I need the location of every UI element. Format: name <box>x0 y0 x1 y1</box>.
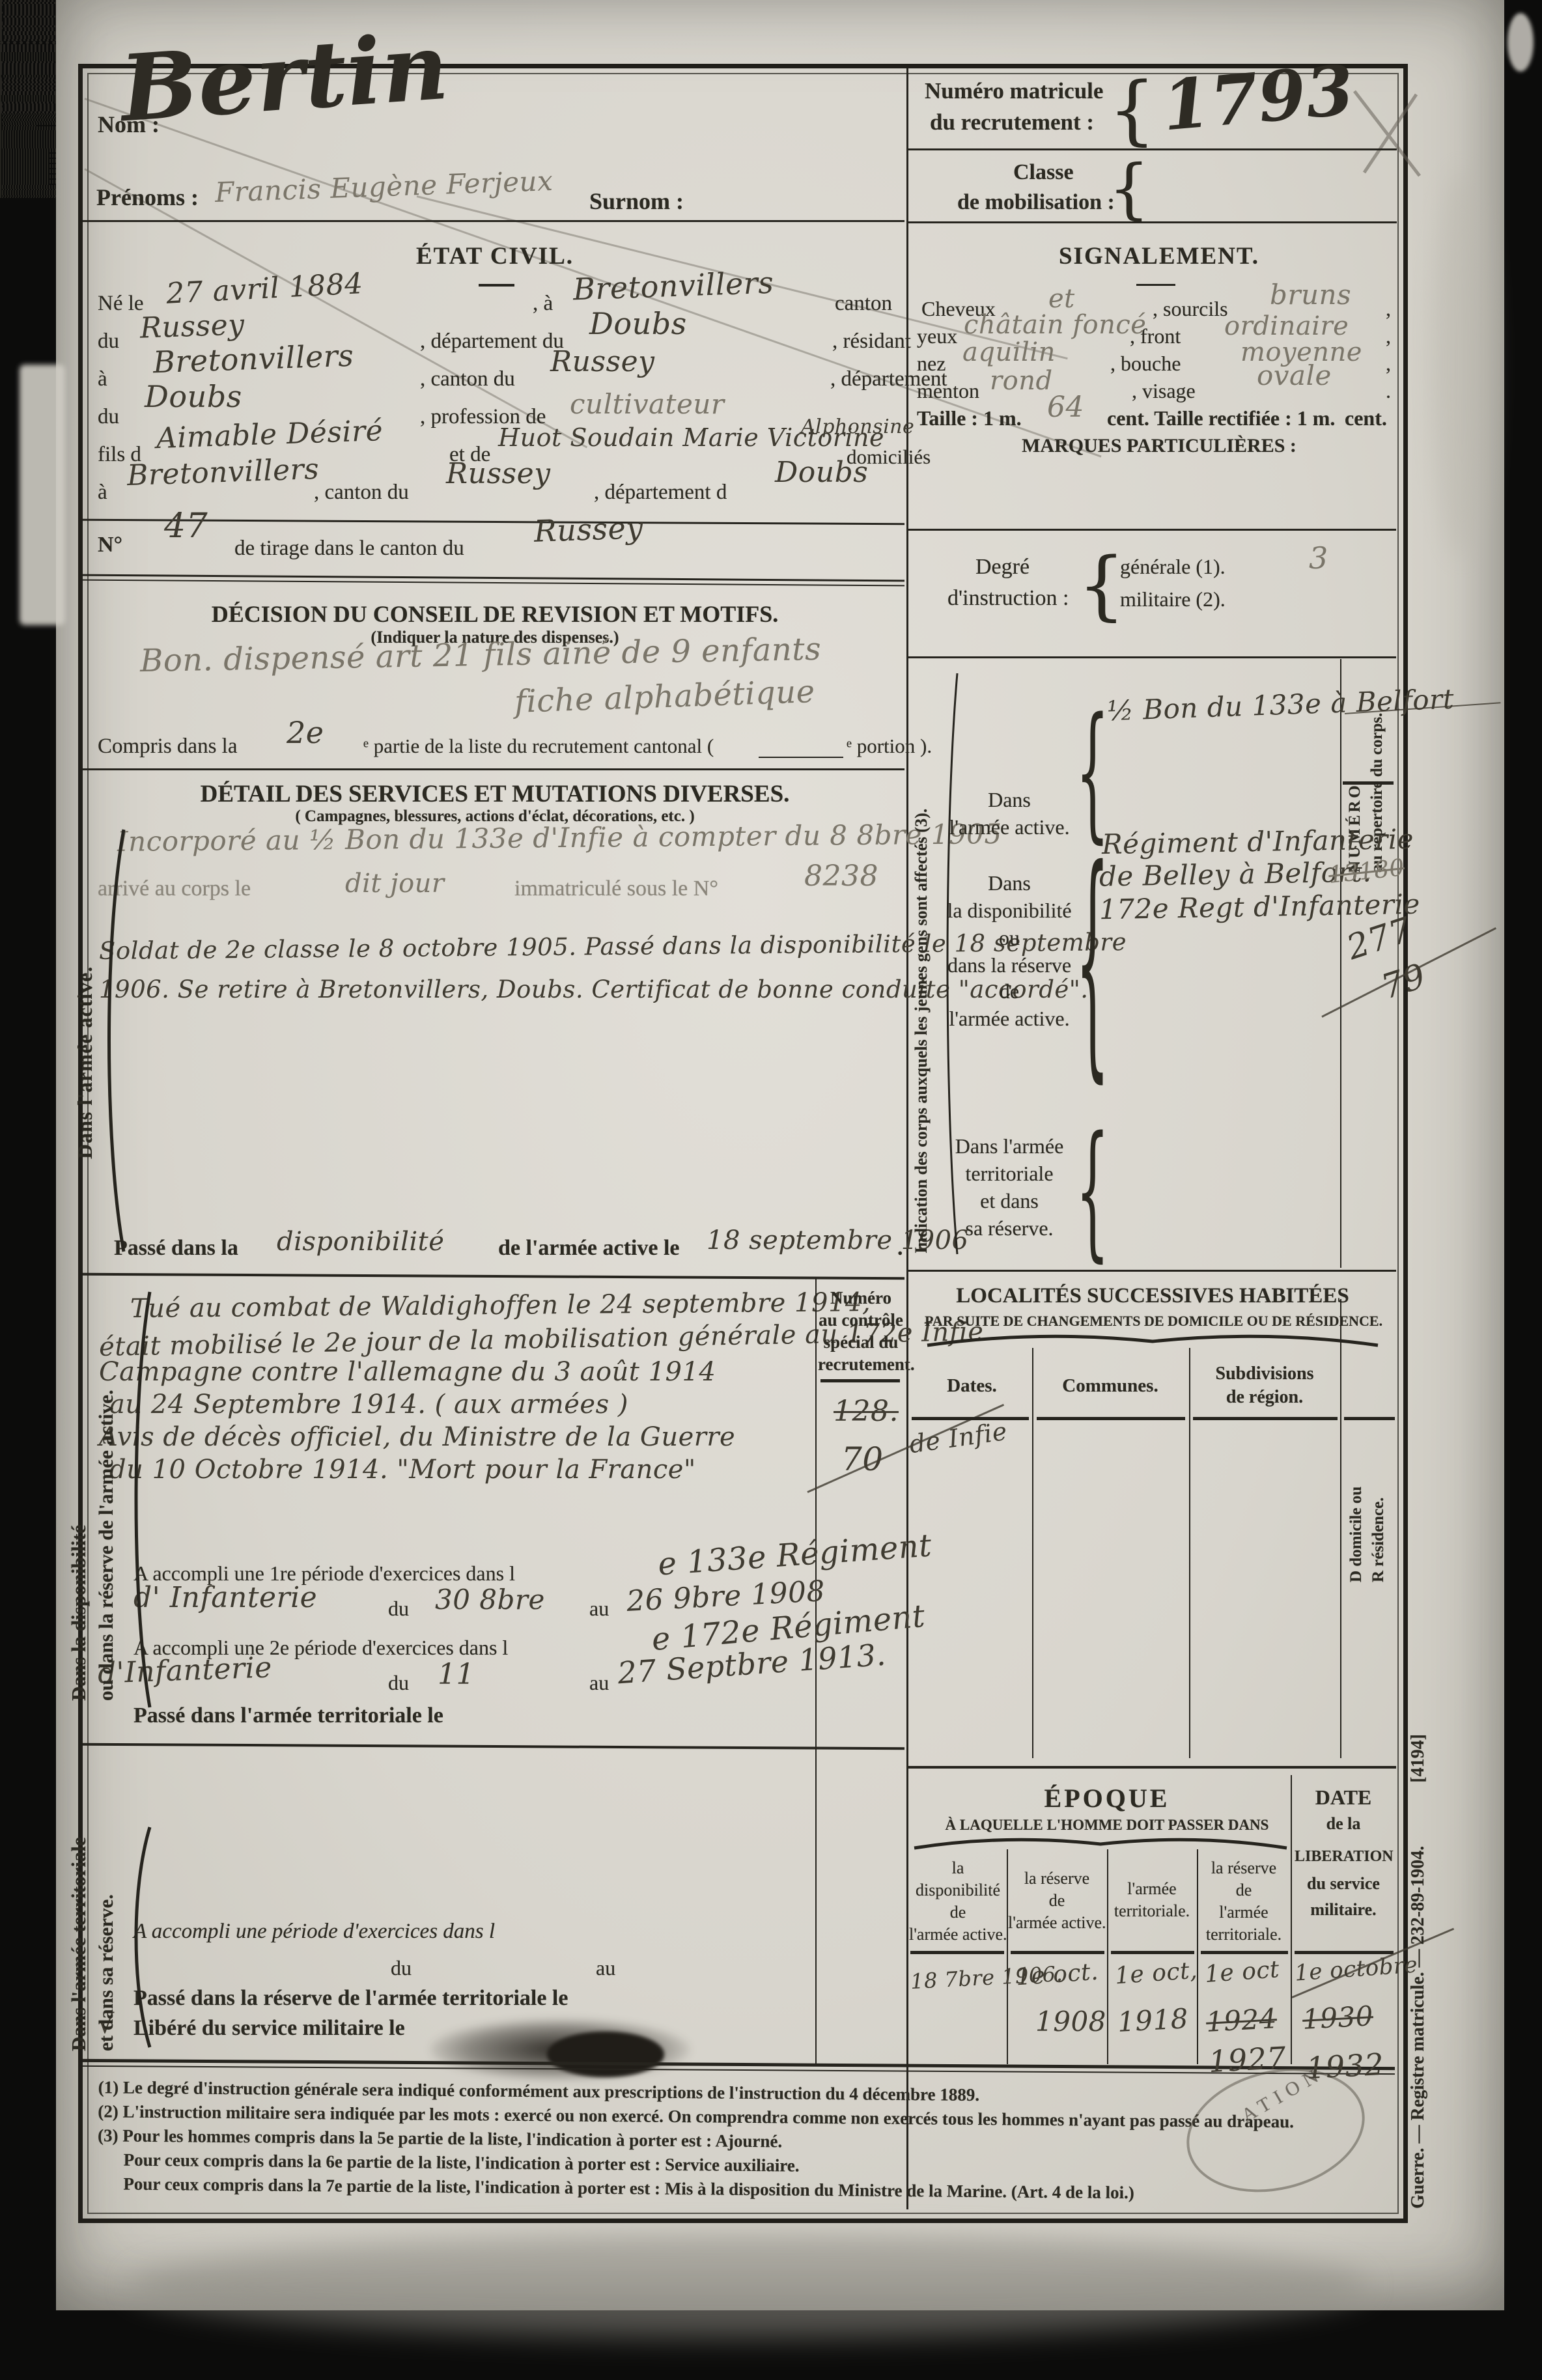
canton-label: , canton du <box>314 481 409 505</box>
rule-line <box>1201 1951 1288 1954</box>
epoque-date-head4: militaire. <box>1295 1900 1392 1920</box>
tirage-no-value: 47 <box>164 507 208 546</box>
prenoms-label: Prénoms : <box>96 184 199 211</box>
domicile-value: Bretonvillers <box>126 453 320 492</box>
canton-label: , canton du <box>420 367 515 391</box>
margin-imprint: Guerre. — Registre matricule. — 232-89-1… <box>1408 1734 1429 2209</box>
libere-label: Libéré du service militaire le <box>133 2016 405 2041</box>
immatricule-value: 8238 <box>804 860 878 893</box>
col-head-line: territoriale. <box>1198 1924 1289 1946</box>
immatricule-label: immatriculé sous le N° <box>514 876 718 901</box>
du-label: du <box>388 1597 409 1621</box>
col-head-line: la <box>909 1857 1007 1879</box>
canton-label: canton <box>835 292 892 316</box>
affectation-terr-label3: et dans <box>931 1189 1087 1213</box>
tirage-no-label: N° <box>98 533 122 557</box>
pencil-x-mark <box>1341 85 1439 182</box>
bouche-label: , bouche <box>1110 352 1181 376</box>
au-label: au <box>589 1671 609 1695</box>
passe-reserve-territoriale-label: Passé dans la réserve de l'armée territo… <box>133 1986 568 2011</box>
residence-value: Bretonvillers <box>152 338 354 380</box>
rule-line <box>908 1766 1396 1769</box>
rule-line <box>908 529 1396 531</box>
imprint-text: Guerre. — Registre matricule. — 232-89-1… <box>1408 1846 1428 2209</box>
front-label: , front <box>1130 324 1181 348</box>
compris-label2: ᵉ partie de la liste du recrutement cant… <box>363 735 714 758</box>
canton-value: Russey <box>446 457 551 490</box>
rule-line <box>908 1270 1396 1272</box>
col-head-line: l'armée active. <box>909 1924 1007 1946</box>
rule-line <box>83 220 904 222</box>
localites-side-label: D domicile ou R résidence. <box>1345 1487 1390 1582</box>
scanned-military-register-page: Nom : Bertin Prénoms : Francis Eugène Fe… <box>0 0 1542 2380</box>
departement-value: Doubs <box>775 456 868 489</box>
affectation-dispo-label1: Dans <box>957 871 1061 895</box>
epoque-subtitle: À LAQUELLE L'HOMME DOIT PASSER DANS <box>925 1817 1289 1834</box>
canton-value: Russey <box>550 345 655 378</box>
table-column-line <box>1189 1348 1190 1758</box>
degre-militaire-label: militaire (2). <box>1120 587 1226 611</box>
arrive-value: dit jour <box>345 869 445 899</box>
controle-num-struck: 128. <box>834 1395 899 1428</box>
comma: , <box>1386 297 1391 321</box>
profession-value: cultivateur <box>570 388 724 420</box>
affectation-dispo-label6: l'armée active. <box>931 1007 1087 1031</box>
localites-title: LOCALITÉS SUCCESSIVES HABITÉES <box>925 1284 1381 1308</box>
epoque-date-head3: du service <box>1295 1874 1392 1894</box>
col-head-line: l'armée <box>1198 1901 1289 1924</box>
ne-lieu-value: Bretonvillers <box>572 265 774 307</box>
taille-label: Taille : 1 m. <box>917 406 1022 430</box>
visage-value: ovale <box>1257 359 1332 391</box>
rule-line <box>1295 1951 1394 1954</box>
affectation-active-label1: Dans <box>957 788 1061 812</box>
affectation-dispo-value3: 172e Regt d'Infanterie <box>1099 888 1421 926</box>
matricule-value: 1793 <box>1159 49 1357 146</box>
nez-value: aquilin <box>962 337 1056 367</box>
taille-label3: cent. <box>1345 406 1387 430</box>
campagne-hand4: au 24 Septembre 1914. ( aux armées ) <box>109 1390 628 1420</box>
services-title: DÉTAIL DES SERVICES ET MUTATIONS DIVERSE… <box>130 780 860 808</box>
marques-label: MARQUES PARTICULIÈRES : <box>977 435 1341 457</box>
au-label: au <box>589 1597 609 1621</box>
etat-civil-title: ÉTAT CIVIL. <box>352 242 638 270</box>
canton-value: Russey <box>139 308 245 345</box>
sourcils-label: , sourcils <box>1153 297 1228 321</box>
mere-sup-value: Alphonsine <box>801 415 914 438</box>
rule-line <box>1011 1951 1104 1954</box>
passe-territoriale-label: Passé dans l'armée territoriale le <box>133 1703 443 1728</box>
epoque-r2c4: 1924 <box>1205 2002 1278 2038</box>
margin-label-line: Dans l'armée territoriale <box>65 1837 92 2051</box>
affectation-active-label2: l'armée active. <box>938 815 1081 839</box>
table-overbrace <box>925 1334 1381 1349</box>
margin-brace <box>128 1288 154 1711</box>
affectation-terr-label1: Dans l'armée <box>931 1134 1087 1158</box>
a-label: à <box>98 481 107 505</box>
campagne-hand6: du 10 Octobre 1914. "Mort pour la France… <box>109 1455 696 1485</box>
epoque-col2-head: la réserve de l'armée active. <box>1008 1868 1106 1934</box>
territoriale-periode-label: A accompli une période d'exercices dans … <box>133 1920 495 1944</box>
services-hand4: 1906. Se retire à Bretonvillers, Doubs. … <box>99 975 1089 1003</box>
campagne-hand3: Campagne contre l'allemagne du 3 août 19… <box>99 1357 716 1387</box>
epoque-r2c2: 1908 <box>1035 2006 1106 2037</box>
rule-line <box>1136 284 1175 286</box>
margin-label-line: R résidence. <box>1367 1487 1390 1582</box>
col-head-line: de <box>1198 1879 1289 1901</box>
col-head-line: territoriale. <box>1108 1900 1196 1922</box>
col-head-line: l'armée <box>1108 1878 1196 1900</box>
taille-label2: cent. Taille rectifiée : 1 m. <box>1107 406 1335 430</box>
sourcils-value: bruns <box>1270 279 1351 311</box>
signalement-title: SIGNALEMENT. <box>977 242 1341 270</box>
epoque-col4-head: la réserve de l'armée territoriale. <box>1198 1857 1289 1946</box>
numero-column-line <box>1340 659 1341 1268</box>
rule-line <box>479 284 514 287</box>
ne-le-label: Né le <box>98 292 144 316</box>
imprint-ref: [4194] <box>1408 1734 1428 1783</box>
degre-label1: Degré <box>975 555 1030 580</box>
yeux-value: châtain foncé <box>964 310 1146 340</box>
table-column-line <box>1032 1348 1033 1758</box>
compris-label: Compris dans la <box>98 735 237 759</box>
du-label: du <box>388 1671 409 1695</box>
comma: , <box>1386 352 1391 376</box>
rule-line <box>83 768 904 770</box>
classe-label2: de mobilisation : <box>957 190 1115 215</box>
surnom-label: Surnom : <box>589 188 684 215</box>
degre-generale-label: générale (1). <box>1120 555 1226 579</box>
col-head-line: la réserve <box>1008 1868 1106 1890</box>
residant-label: , résidant <box>832 329 911 354</box>
localites-col-dates: Dates. <box>912 1375 1032 1397</box>
brace: { <box>1078 548 1125 623</box>
campagne-hand5: Avis de décès officiel, du Ministre de l… <box>99 1422 735 1452</box>
rule-line <box>908 656 1396 658</box>
periode2-du: 11 <box>438 1658 475 1691</box>
controle-label1: Numéro <box>818 1288 904 1308</box>
rule-line <box>759 757 843 758</box>
yeux-label: yeux <box>917 324 957 348</box>
du-label: du <box>98 329 119 354</box>
taille-value: 64 <box>1047 391 1084 424</box>
brace: { <box>1108 73 1156 148</box>
brace: { <box>1076 1119 1110 1265</box>
menton-label: menton <box>917 379 979 403</box>
controle-label2: au contrôle <box>818 1310 904 1330</box>
paper-stain <box>1507 13 1534 72</box>
departement-value: Doubs <box>589 306 687 341</box>
rule-line <box>1344 1417 1395 1420</box>
localites-col-subdiv1: Subdivisions <box>1189 1364 1340 1384</box>
affectation-dispo-label2: la disponibilité <box>931 899 1087 923</box>
brace: { <box>1076 840 1110 1086</box>
departement-value: Doubs <box>145 379 242 414</box>
period: . <box>897 1236 903 1261</box>
rule-line <box>1343 781 1394 785</box>
periode1-corps: d' Infanterie <box>133 1581 317 1614</box>
epoque-col1-head: la disponibilité de l'armée active. <box>909 1857 1007 1946</box>
decision-title: DÉCISION DU CONSEIL DE REVISION ET MOTIF… <box>130 600 860 628</box>
ink-blot <box>547 2032 664 2077</box>
col-head-line: la réserve <box>1198 1857 1289 1879</box>
col-head-line: disponibilité <box>909 1879 1007 1901</box>
degre-label2: d'instruction : <box>947 586 1069 611</box>
tirage-canton-value: Russey <box>533 510 643 549</box>
paper-stain <box>130 2233 1367 2338</box>
nez-label: nez <box>917 352 946 376</box>
affectation-terr-label2: territoriale <box>931 1162 1087 1186</box>
margin-label-territoriale: Dans l'armée territoriale et dans sa rés… <box>65 1837 120 2051</box>
epoque-date-head1: de la <box>1295 1814 1392 1834</box>
table-overbrace <box>912 1838 1289 1852</box>
margin-label-line: D domicile ou <box>1345 1487 1367 1582</box>
au-label: au <box>596 1956 615 1980</box>
controle-label3: spécial du <box>818 1332 904 1352</box>
rule-line <box>1111 1951 1194 1954</box>
affectation-dispo-value1: Régiment d'Infanterie <box>1102 823 1414 860</box>
rule-line <box>908 221 1397 223</box>
period: . <box>1386 379 1391 403</box>
passe-dispo-label2: de l'armée active le <box>498 1236 679 1261</box>
a-label: , à <box>533 292 553 316</box>
passe-dispo-value1: disponibilité <box>277 1227 444 1257</box>
margin-brace <box>99 826 128 1255</box>
margin-brace <box>128 1823 154 2051</box>
epoque-r2c5: 1930 <box>1302 2000 1374 2036</box>
margin-label-indication: Indication des corps auxquels les jeunes… <box>912 809 931 1253</box>
affectation-terr-label4: sa réserve. <box>931 1216 1087 1240</box>
col-head-line: l'armée active. <box>1008 1912 1106 1934</box>
du-label: du <box>391 1956 412 1980</box>
margin-label-armee-active: Dans l'armée active. <box>73 966 97 1159</box>
margin-label-line: Dans la disponibilité <box>65 1390 92 1701</box>
epoque-r1c4: 1e oct <box>1204 1956 1281 1988</box>
classe-label: Classe <box>1013 160 1074 185</box>
compris-label3: ᵉ portion ). <box>847 735 932 758</box>
epoque-r2c3: 1918 <box>1117 2002 1189 2038</box>
paper-stain <box>20 365 65 625</box>
margin-label-line: ou dans la réserve de l'armée active. <box>92 1390 120 1701</box>
affectation-dispo-label5: de <box>957 979 1061 1003</box>
rule-line <box>1193 1417 1338 1420</box>
departement-label: , département du <box>420 329 564 354</box>
col-head-line: de <box>1008 1890 1106 1912</box>
periode1-du: 30 8bre <box>435 1584 545 1616</box>
table-column-line <box>1340 1299 1341 1758</box>
localites-subtitle: PAR SUITE DE CHANGEMENTS DE DOMICILE OU … <box>925 1313 1381 1330</box>
visage-label: , visage <box>1132 379 1196 403</box>
matricule-label2: du recrutement : <box>930 109 1094 135</box>
epoque-title: ÉPOQUE <box>925 1783 1289 1813</box>
tirage-text: de tirage dans le canton du <box>234 537 464 561</box>
rule-line <box>912 1417 1029 1420</box>
compris-value: 2e <box>287 715 324 750</box>
affectation-dispo-label4: dans la réserve <box>931 953 1087 977</box>
rule-line <box>910 1951 1004 1954</box>
paper-stain <box>1433 169 1491 560</box>
du-label: du <box>98 405 119 429</box>
col-head-line: de <box>909 1901 1007 1924</box>
margin-label-disponibilite: Dans la disponibilité ou dans la réserve… <box>65 1390 120 1701</box>
menton-value: rond <box>990 366 1053 396</box>
nom-value: Bertin <box>117 14 452 143</box>
localites-col-communes: Communes. <box>1032 1375 1188 1397</box>
margin-label-line: et dans sa réserve. <box>92 1837 120 2051</box>
departement-label: , département d <box>594 481 727 505</box>
rule-line <box>1037 1417 1185 1420</box>
rule-line <box>908 148 1397 150</box>
comma: , <box>1386 324 1391 348</box>
a-label: à <box>98 367 107 391</box>
localites-col-subdiv2: de région. <box>1189 1387 1340 1408</box>
affectation-dispo-label3: ou <box>957 926 1061 950</box>
rule-line <box>820 1379 900 1382</box>
epoque-col3-head: l'armée territoriale. <box>1108 1878 1196 1922</box>
table-column-line <box>1291 1775 1292 2064</box>
controle-label4: recrutement. <box>818 1354 904 1375</box>
periode2-corps: d'Infanterie <box>97 1651 272 1690</box>
epoque-date-head2: LIBERATION <box>1295 1848 1392 1866</box>
matricule-label: Numéro matricule <box>925 78 1103 104</box>
brace: { <box>1108 156 1150 221</box>
epoque-date-head0: DATE <box>1295 1785 1392 1810</box>
degre-generale-value: 3 <box>1309 540 1328 576</box>
passe-dispo-label1: Passé dans la <box>114 1236 238 1261</box>
